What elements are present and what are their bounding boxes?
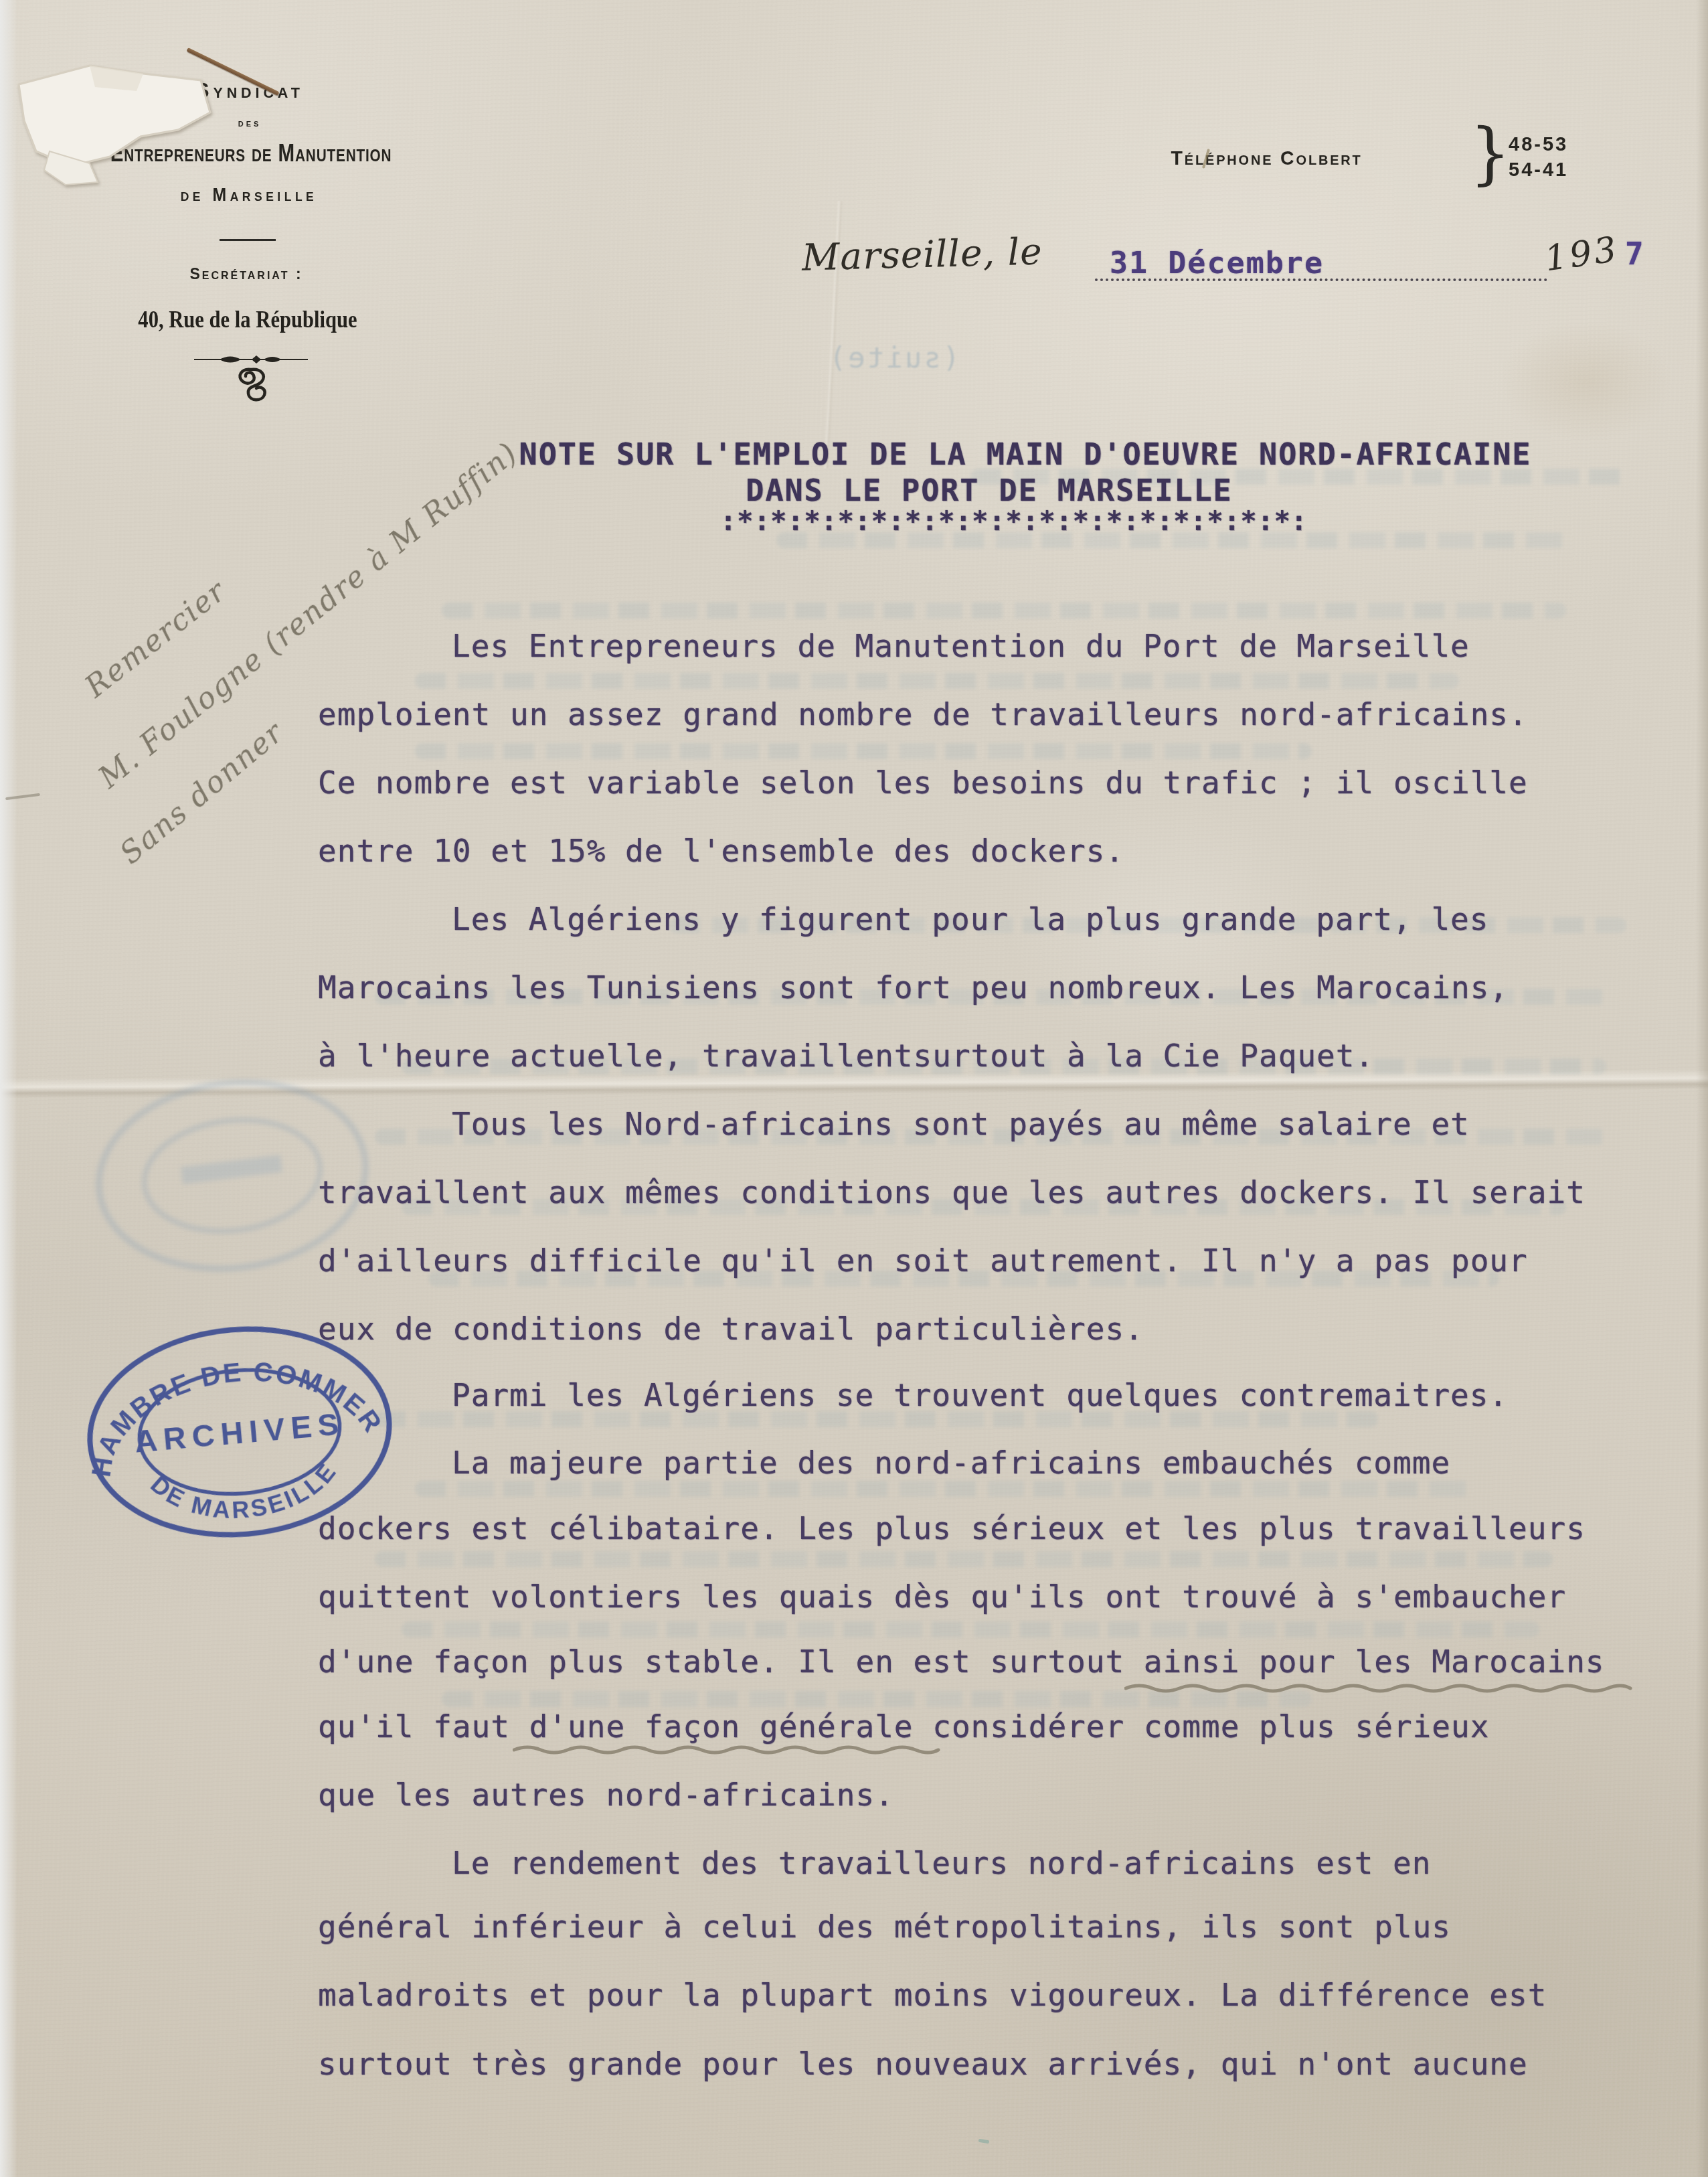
typed-line: qu'il faut d'une façon générale considér…	[318, 1708, 1489, 1745]
bleed-through-line	[442, 602, 1566, 619]
secretariat-label: Secrétariat :	[189, 265, 303, 283]
typed-line: Marocains les Tunisiens sont fort peu no…	[318, 969, 1509, 1005]
typed-line: surtout très grande pour les nouveaux ar…	[318, 2046, 1528, 2082]
dateline-year-printed: 193	[1542, 230, 1622, 280]
bleed-through-line	[375, 1411, 1379, 1427]
bleed-through-line	[415, 673, 1459, 689]
stamp-top-text: CHAMBRE DE COMMERCE	[70, 1307, 391, 1483]
typed-line: Les Entrepreneurs de Manutention du Port…	[452, 628, 1470, 664]
typed-line: d'une façon plus stable. Il en est surto…	[318, 1643, 1605, 1680]
svg-text:CHAMBRE DE COMMERCE: CHAMBRE DE COMMERCE	[70, 1307, 391, 1483]
ink-speck	[978, 2139, 990, 2144]
typed-line: dockers est célibataire. Les plus sérieu…	[318, 1510, 1586, 1546]
typed-line: travaillent aux mêmes conditions que les…	[318, 1174, 1586, 1210]
scan-left-edge	[0, 0, 17, 2177]
note-title-underline: :*:*:*:*:*:*:*:*:*:*:*:*:*:*:*:*:*:	[720, 506, 1308, 537]
org-name-line2: des	[238, 118, 262, 130]
pencil-underline-marocains	[1124, 1679, 1633, 1696]
torn-paper-area	[9, 51, 237, 191]
secretariat-address: 40, Rue de la République	[138, 305, 357, 333]
typed-line: à l'heure actuelle, travaillentsurtout à…	[318, 1038, 1374, 1074]
letterhead-rule	[220, 239, 276, 241]
note-title-line2: DANS LE PORT DE MARSEILLE	[746, 473, 1232, 508]
brace-glyph: }	[1470, 113, 1511, 193]
typed-line: Le rendement des travailleurs nord-afric…	[452, 1845, 1431, 1881]
typed-line: Ce nombre est variable selon les besoins…	[318, 764, 1528, 801]
bleed-through-line	[402, 1621, 1539, 1637]
phone-number-1: 48-53	[1509, 134, 1568, 156]
phone-number-2: 54-41	[1509, 159, 1568, 181]
pencil-underline-facon-generale	[513, 1741, 941, 1758]
bleed-through-line	[375, 1551, 1553, 1567]
typed-line: La majeure partie des nord-africains emb…	[452, 1445, 1450, 1481]
typed-line: entre 10 et 15% de l'ensemble des docker…	[318, 833, 1124, 869]
typed-line: maladroits et pour la plupart moins vigo…	[318, 1977, 1547, 2013]
scan-right-edge	[1696, 0, 1708, 2177]
bleed-through-line	[415, 1481, 1472, 1497]
bleed-through-line	[415, 743, 1312, 759]
telephone-label: Téléphone Colbert	[1171, 147, 1363, 170]
dateline-dotted-rule	[1095, 257, 1547, 281]
dateline-year-digit: 7	[1625, 236, 1644, 272]
letterhead-ornament-icon	[194, 353, 308, 406]
typed-line: quittent volontiers les quais dès qu'ils…	[318, 1579, 1566, 1615]
typed-line: Tous les Nord-africains sont payés au mê…	[452, 1106, 1470, 1142]
stamp-middle-text: ARCHIVES	[133, 1405, 346, 1459]
typed-line: que les autres nord-africains.	[318, 1777, 894, 1813]
archives-stamp: CHAMBRE DE COMMERCE DE MARSEILLE ARCHIVE…	[70, 1307, 409, 1558]
typed-line: emploient un assez grand nombre de trava…	[318, 696, 1528, 732]
dateline-place: Marseille, le	[801, 230, 1043, 278]
typed-line: d'ailleurs difficile qu'il en soit autre…	[318, 1242, 1528, 1279]
note-title-line1: NOTE SUR L'EMPLOI DE LA MAIN D'OEUVRE NO…	[519, 436, 1532, 472]
document-page: (suite) Syndicat des Entrepreneurs de Ma…	[0, 0, 1708, 2177]
typed-line: eux de conditions de travail particulièr…	[318, 1311, 1144, 1347]
typed-line: général inférieur à celui des métropolit…	[318, 1909, 1451, 1945]
typed-line: Les Algériens y figurent pour la plus gr…	[452, 901, 1489, 937]
paper-stain	[1499, 321, 1673, 442]
bleed-through-suite-text: (suite)	[827, 341, 960, 374]
typed-line: Parmi les Algériens se trouvent quelques…	[452, 1377, 1508, 1413]
